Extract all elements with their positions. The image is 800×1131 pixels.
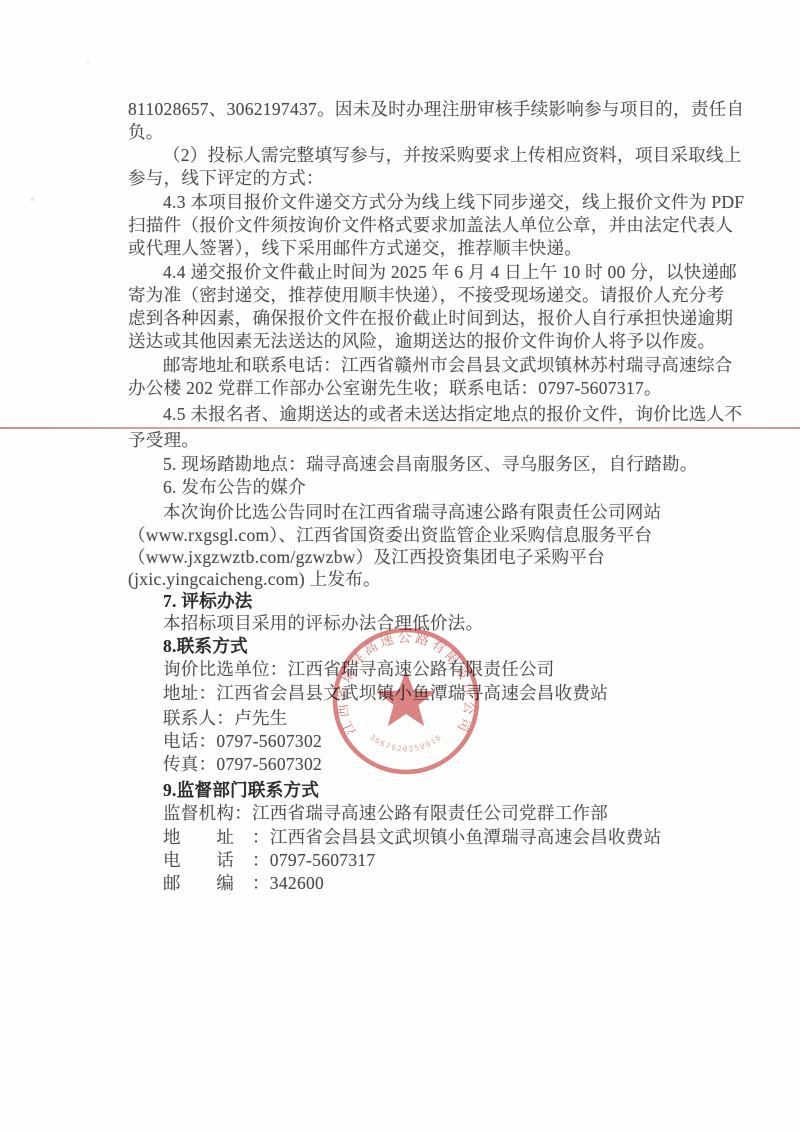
scan-speck [133, 297, 140, 300]
text-line: 4.4 递交报价文件截止时间为 2025 年 6 月 4 日上午 10 时 00… [163, 262, 737, 282]
text-line: （www.jxgzwztb.com/gzwzbw）及江西投资集团电子采购平台 [128, 547, 605, 567]
seal-serial-number: 3667020250918 [368, 732, 444, 753]
text-line: 本次询价比选公告同时在江西省瑞寻高速公路有限责任公司网站 [163, 502, 661, 522]
text-line: 地 址 ：江西省会昌县文武坝镇小鱼潭瑞寻高速会昌收费站 [163, 827, 661, 847]
text-line: 寄为准（密封递交，推荐使用顺丰快递），不接受现场递交。请报价人充分考 [128, 285, 724, 305]
seal-star-icon [377, 670, 436, 726]
text-line: 电话：0797-5607302 [163, 731, 322, 751]
scan-artifact-line [0, 427, 800, 429]
text-line: 办公楼 202 党群工作部办公室谢先生收；联系电话：0797-5607317。 [128, 378, 662, 398]
text-line: 扫描件（报价文件须按询价文件格式要求加盖法人单位公章，并由法定代表人 [128, 215, 733, 235]
document-page: 811028657、3062197437。因未及时办理注册审核手续影响参与项目的… [0, 0, 800, 1131]
text-line: 电 话 ：0797-5607317 [163, 850, 375, 870]
text-line: (jxic.yingcaicheng.com) 上发布。 [128, 569, 381, 589]
text-line: 或代理人签署），线下采用邮件方式递交，推荐顺丰快递。 [128, 238, 582, 258]
section-heading: 7. 评标办法 [163, 591, 253, 611]
text-line: （www.rxgsgl.com）、江西省国资委出资监管企业采购信息服务平台 [128, 525, 652, 545]
text-line: （2）投标人需完整填写参与，并按采购要求上传相应资料，项目采取线上 [163, 145, 742, 165]
text-line: 送达或其他因素无法送达的风险，逾期送达的报价文件询价人将予以作废。 [128, 331, 715, 351]
scan-speck [86, 60, 90, 64]
text-line: 5. 现场踏勘地点：瑞寻高速会昌南服务区、寻乌服务区，自行踏勘。 [163, 454, 698, 474]
text-line: 予受理。 [128, 430, 199, 450]
section-heading: 8.联系方式 [163, 636, 248, 656]
text-line: 4.3 本项目报价文件递交方式分为线上线下同步递交，线上报价文件为 PDF [163, 192, 744, 212]
text-line: 联系人：卢先生 [163, 708, 288, 728]
text-line: 监督机构：江西省瑞寻高速公路有限责任公司党群工作部 [163, 803, 608, 823]
text-line: 邮 编 ：342600 [163, 873, 324, 893]
company-seal: 江西省瑞寻高速公路有限责任公司 3667020250918 [321, 614, 491, 784]
text-line: 虑到各种因素，确保报价文件在报价截止时间到达，报价人自行承担快递逾期 [128, 308, 733, 328]
text-line: 负。 [128, 122, 164, 142]
text-line: 邮寄地址和联系电话：江西省赣州市会昌县文武坝镇林苏村瑞寻高速综合 [163, 355, 733, 375]
text-line: 传真：0797-5607302 [163, 754, 322, 774]
section-heading: 9.监督部门联系方式 [163, 780, 319, 800]
text-line: 6. 发布公告的媒介 [163, 477, 306, 497]
svg-text:3667020250918: 3667020250918 [368, 732, 444, 753]
text-line: 参与，线下评定的方式： [128, 168, 324, 188]
scan-speck [30, 197, 35, 201]
text-line: 4.5 未报名者、逾期送达的或者未送达指定地点的报价文件，询价比选人不 [163, 404, 742, 424]
text-line: 811028657、3062197437。因未及时办理注册审核手续影响参与项目的… [128, 99, 744, 119]
